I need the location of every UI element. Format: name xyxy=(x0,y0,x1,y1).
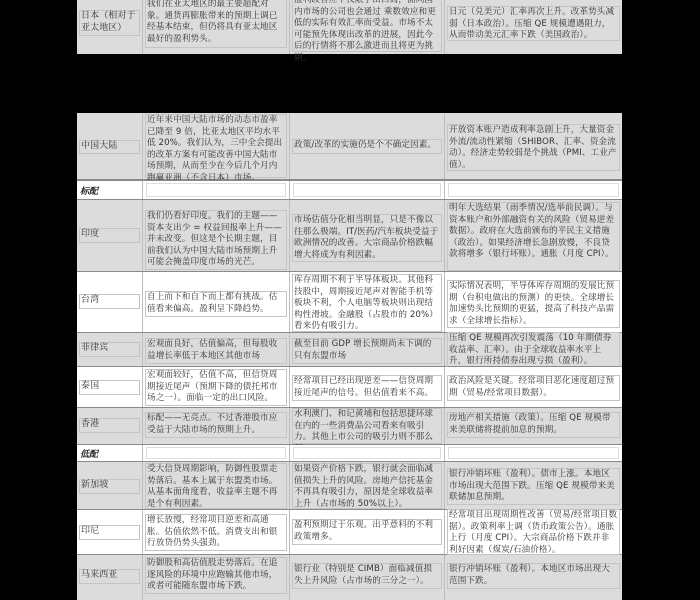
market-name: 印度 xyxy=(79,228,140,243)
cell-view: 宏观面较好，估值不高，但信贷周期接近尾声（预期下降的债托邦市场之一）。面临一定的… xyxy=(143,367,290,407)
market-name: 香港 xyxy=(79,418,140,433)
section-label-cell: 标配 xyxy=(77,181,143,199)
empty-box xyxy=(146,447,286,459)
cell-risk: 开放资本账户造成利率急剧上升，大量资金外流/流动性紧缩（SHIBOR、汇率、资金… xyxy=(445,113,622,179)
cell-risk: 房地产相关措施（政策）。压缩 QE 规模带来美联储将提前加息的预期。 xyxy=(445,408,622,444)
empty-cell xyxy=(143,445,290,461)
empty-cell xyxy=(445,181,622,199)
cell-market: 新加坡 xyxy=(77,462,143,509)
cell-risk: 银行冲销坏账（盈利）。债市上涨。本地区市场出现大范围下跌。压缩 QE 规模带来美… xyxy=(445,462,622,509)
view-text: 增长放慢，经常项目逆差和高通胀。估值依然不低。消费支出和银行放贷仍势头强劲。 xyxy=(145,514,287,551)
cell-risk: 政治风险是关键。经常项目恶化速度超过预期（贸易/经常项目数据）。 xyxy=(445,367,622,407)
market-name: 新加坡 xyxy=(79,479,140,494)
risk-text: 经常项目出现周期性改善（贸易/经常项目数据）。政策利率上调（货币政策公告）。通胀… xyxy=(447,509,620,555)
section-label: 低配 xyxy=(80,447,98,460)
risk-text: 银行冲销坏账（盈利）。本地区市场出现大范围下跌。 xyxy=(447,563,620,589)
table-row-singapore: 新加坡 受大信贷周期影响，防御性股票走势落后。基本上属于东盟类市场。从基本面角度… xyxy=(77,462,622,510)
cell-risk: 经常项目出现周期性改善（贸易/经常项目数据）。政策利率上调（货币政策公告）。通胀… xyxy=(445,510,622,554)
opportunity-text: 盈利预期过于乐观。出乎意料的不利政策增多。 xyxy=(292,519,442,545)
empty-cell xyxy=(143,181,290,199)
section-header-underweight: 低配 xyxy=(77,445,622,462)
cell-view: 受大信贷周期影响，防御性股票走势落后。基本上属于东盟类市场。从基本面角度看，收益… xyxy=(143,462,290,509)
cell-opportunity: 库存周期不利于半导体板块。其他科技股中，周期接近尾声对智能手机等板块不利，个人电… xyxy=(290,272,445,332)
empty-box xyxy=(448,447,619,459)
table-row-thailand: 泰国 宏观面较好，估值不高，但信贷周期接近尾声（预期下降的债托邦市场之一）。面临… xyxy=(77,367,622,408)
view-text: 受大信贷周期影响，防御性股票走势落后。基本上属于东盟类市场。从基本面角度看，收益… xyxy=(145,463,287,509)
cell-risk: 明年大选结果（雨季情况/选举前民调）。与资本账户和外部融资有关的风险（贸易逆差数… xyxy=(445,200,622,271)
cell-risk: 压缩 QE 规模再次引发震荡（10 年期债券收益率、汇率）。由于全球收益率水平上… xyxy=(445,333,622,366)
empty-box xyxy=(448,183,619,197)
cell-opportunity: 水利澳门、和记黄埔和包括思捷环球在内的一些消费品公司看来有吸引力。其他上市公司的… xyxy=(290,408,445,444)
opportunity-text: 政策/改革的实施仍是个不确定因素。 xyxy=(292,139,442,154)
risk-text: 银行冲销坏账（盈利）。债市上涨。本地区市场出现大范围下跌。压缩 QE 规模带来美… xyxy=(447,468,620,505)
view-text: 近年来中国大陆市场的动态市盈率已降至 9 倍，比亚太地区平均水平低 20%。我们… xyxy=(145,114,287,178)
table-row-china: 中国大陆 近年来中国大陆市场的动态市盈率已降至 9 倍，比亚太地区平均水平低 2… xyxy=(77,113,622,180)
empty-cell xyxy=(290,181,445,199)
risk-text: 日元（兑美元）汇率再次上升。改革势头减弱（日本政治）。压缩 QE 规模遭遇阻力，… xyxy=(447,6,620,41)
risk-text: 压缩 QE 规模再次引发震荡（10 年期债券收益率、汇率）。由于全球收益率水平上… xyxy=(447,332,620,368)
cell-view: 我们仍看好印度。我们的主题——资本支出少 = 权益回报率上升——并未改变。但这是… xyxy=(143,200,290,271)
opportunity-text: 截至目前 GDP 增长预期尚未下调的只有东盟市场 xyxy=(292,338,442,364)
table-row-philippines: 菲律宾 宏观面良好，估值偏高，但每股收益增长率低于本地区其他市场 截至目前 GD… xyxy=(77,333,622,367)
empty-box xyxy=(146,183,286,197)
opportunity-text: 经常项目已经出现逆差——信贷周期接近尾声的信号。但估值看来不高。 xyxy=(292,375,442,401)
table-row-indonesia: 印尼 增长放慢，经常项目逆差和高通胀。估值依然不低。消费支出和银行放贷仍势头强劲… xyxy=(77,510,622,555)
table-row-india: 印度 我们仍看好印度。我们的主题——资本支出少 = 权益回报率上升——并未改变。… xyxy=(77,200,622,272)
view-text: 宏观面良好，估值偏高，但每股收益增长率低于本地区其他市场 xyxy=(145,338,287,364)
view-text: 宏观面较好，估值不高，但信贷周期接近尾声（预期下降的债托邦市场之一）。面临一定的… xyxy=(145,369,287,406)
risk-text: 政治风险是关键。经常项目恶化速度超过预期（贸易/经常项目数据）。 xyxy=(447,375,620,401)
cell-opportunity: 市场估值分化相当明显，只是不像以往那么极端。IT/医药/汽车板块受益于欧洲情况的… xyxy=(290,200,445,271)
cell-risk: 银行冲销坏账（盈利）。本地区市场出现大范围下跌。 xyxy=(445,555,622,600)
view-text: 我们在亚太地区的最主要超配对象。通货再膨胀带来的预期上调已经基本结束，但仍将具有… xyxy=(145,0,287,48)
cell-view: 自上而下和自下而上都有挑战。估值看来偏高。盈利呈下降趋势。 xyxy=(143,272,290,332)
cell-view: 近年来中国大陆市场的动态市盈率已降至 9 倍，比亚太地区平均水平低 20%。我们… xyxy=(143,113,290,179)
table-row-japan: 日本（相对于亚太地区） 我们在亚太地区的最主要超配对象。通货再膨胀带来的预期上调… xyxy=(77,0,622,54)
market-name: 台湾 xyxy=(79,294,140,309)
cell-opportunity: 盈利预期过于乐观。出乎意料的不利政策增多。 xyxy=(290,510,445,554)
cell-view: 防御股和高估值股走势落后。在追逐风险的环境中应跑输其他市场，或者可能随东盟市场下… xyxy=(143,555,290,600)
table-row-hongkong: 香港 标配——无亮点。不过香港股市应受益于大陆市场的预期上升。 水利澳门、和记黄… xyxy=(77,408,622,445)
opportunity-text: 银行业（特别是 CIMB）面临减值损失上升风险（占市场的三分之一）。 xyxy=(292,563,442,589)
table-top-fragment: 日本（相对于亚太地区） 我们在亚太地区的最主要超配对象。通货再膨胀带来的预期上调… xyxy=(77,0,622,54)
cell-market: 香港 xyxy=(77,408,143,444)
view-text: 防御股和高估值股走势落后。在追逐风险的环境中应跑输其他市场，或者可能随东盟市场下… xyxy=(145,557,287,594)
cell-market: 日本（相对于亚太地区） xyxy=(77,0,143,54)
cell-risk: 实际情况表明，半导体库存周期的发展比预期（台积电做出的预测）的更快。全球增长加速… xyxy=(445,272,622,332)
cell-market: 马来西亚 xyxy=(77,555,143,600)
opportunity-text: 盈利改善应不仅限于出口商，面向国内市场的公司也会通过 乘数效应和更低的实际有效汇… xyxy=(292,0,442,52)
section-header-neutral: 标配 xyxy=(77,180,622,200)
view-text: 标配——无亮点。不过香港股市应受益于大陆市场的预期上升。 xyxy=(145,412,287,438)
cell-opportunity: 盈利改善应不仅限于出口商，面向国内市场的公司也会通过 乘数效应和更低的实际有效汇… xyxy=(290,0,445,54)
market-name: 菲律宾 xyxy=(79,342,140,357)
empty-box xyxy=(293,183,441,197)
cell-opportunity: 经常项目已经出现逆差——信贷周期接近尾声的信号。但估值看来不高。 xyxy=(290,367,445,407)
market-name: 日本（相对于亚太地区） xyxy=(79,10,140,36)
cell-market: 菲律宾 xyxy=(77,333,143,366)
empty-cell xyxy=(290,445,445,461)
cell-view: 增长放慢，经常项目逆差和高通胀。估值依然不低。消费支出和银行放贷仍势头强劲。 xyxy=(143,510,290,554)
section-label-cell: 低配 xyxy=(77,445,143,461)
cell-view: 我们在亚太地区的最主要超配对象。通货再膨胀带来的预期上调已经基本结束，但仍将具有… xyxy=(143,0,290,54)
empty-cell xyxy=(445,445,622,461)
view-text: 自上而下和自下而上都有挑战。估值看来偏高。盈利呈下降趋势。 xyxy=(145,291,287,317)
cell-market: 中国大陆 xyxy=(77,113,143,179)
cell-risk: 日元（兑美元）汇率再次上升。改革势头减弱（日本政治）。压缩 QE 规模遭遇阻力，… xyxy=(445,0,622,54)
table-row-malaysia: 马来西亚 防御股和高估值股走势落后。在追逐风险的环境中应跑输其他市场，或者可能随… xyxy=(77,555,622,600)
cell-market: 泰国 xyxy=(77,367,143,407)
cell-market: 印尼 xyxy=(77,510,143,554)
empty-box xyxy=(293,447,441,459)
cell-opportunity: 截至目前 GDP 增长预期尚未下调的只有东盟市场 xyxy=(290,333,445,366)
cell-opportunity: 银行业（特别是 CIMB）面临减值损失上升风险（占市场的三分之一）。 xyxy=(290,555,445,600)
cell-view: 标配——无亮点。不过香港股市应受益于大陆市场的预期上升。 xyxy=(143,408,290,444)
cell-opportunity: 政策/改革的实施仍是个不确定因素。 xyxy=(290,113,445,179)
market-name: 泰国 xyxy=(79,380,140,395)
opportunity-text: 库存周期不利于半导体板块。其他科技股中，周期接近尾声对智能手机等板块不利，个人电… xyxy=(292,274,442,332)
risk-text: 实际情况表明，半导体库存周期的发展比预期（台积电做出的预测）的更快。全球增长加速… xyxy=(447,280,620,328)
risk-text: 开放资本账户造成利率急剧上升，大量资金外流/流动性紧缩（SHIBOR、汇率、资金… xyxy=(447,124,620,171)
market-name: 中国大陆 xyxy=(79,140,140,154)
cell-opportunity: 如果资产价格下跌，银行就会面临减值损失上升的风险。房地产信托基金不再具有吸引力，… xyxy=(290,462,445,509)
table-main: 中国大陆 近年来中国大陆市场的动态市盈率已降至 9 倍，比亚太地区平均水平低 2… xyxy=(77,113,622,600)
view-text: 我们仍看好印度。我们的主题——资本支出少 = 权益回报率上升——并未改变。但这是… xyxy=(145,210,287,270)
cell-view: 宏观面良好，估值偏高，但每股收益增长率低于本地区其他市场 xyxy=(143,333,290,366)
market-name: 印尼 xyxy=(79,525,140,540)
risk-text: 房地产相关措施（政策）。压缩 QE 规模带来美联储将提前加息的预期。 xyxy=(447,412,620,438)
opportunity-text: 市场估值分化相当明显，只是不像以往那么极端。IT/医药/汽车板块受益于欧洲情况的… xyxy=(292,214,442,262)
table-row-taiwan: 台湾 自上而下和自下而上都有挑战。估值看来偏高。盈利呈下降趋势。 库存周期不利于… xyxy=(77,272,622,333)
section-label: 标配 xyxy=(80,184,98,197)
cell-market: 印度 xyxy=(77,200,143,271)
market-name: 马来西亚 xyxy=(79,569,140,584)
opportunity-text: 水利澳门、和记黄埔和包括思捷环球在内的一些消费品公司看来有吸引力。其他上市公司的… xyxy=(292,408,442,444)
risk-text: 明年大选结果（雨季情况/选举前民调）。与资本账户和外部融资有关的风险（贸易逆差数… xyxy=(447,202,620,271)
opportunity-text: 如果资产价格下跌，银行就会面临减值损失上升的风险。房地产信托基金不再具有吸引力，… xyxy=(292,463,442,509)
cell-market: 台湾 xyxy=(77,272,143,332)
